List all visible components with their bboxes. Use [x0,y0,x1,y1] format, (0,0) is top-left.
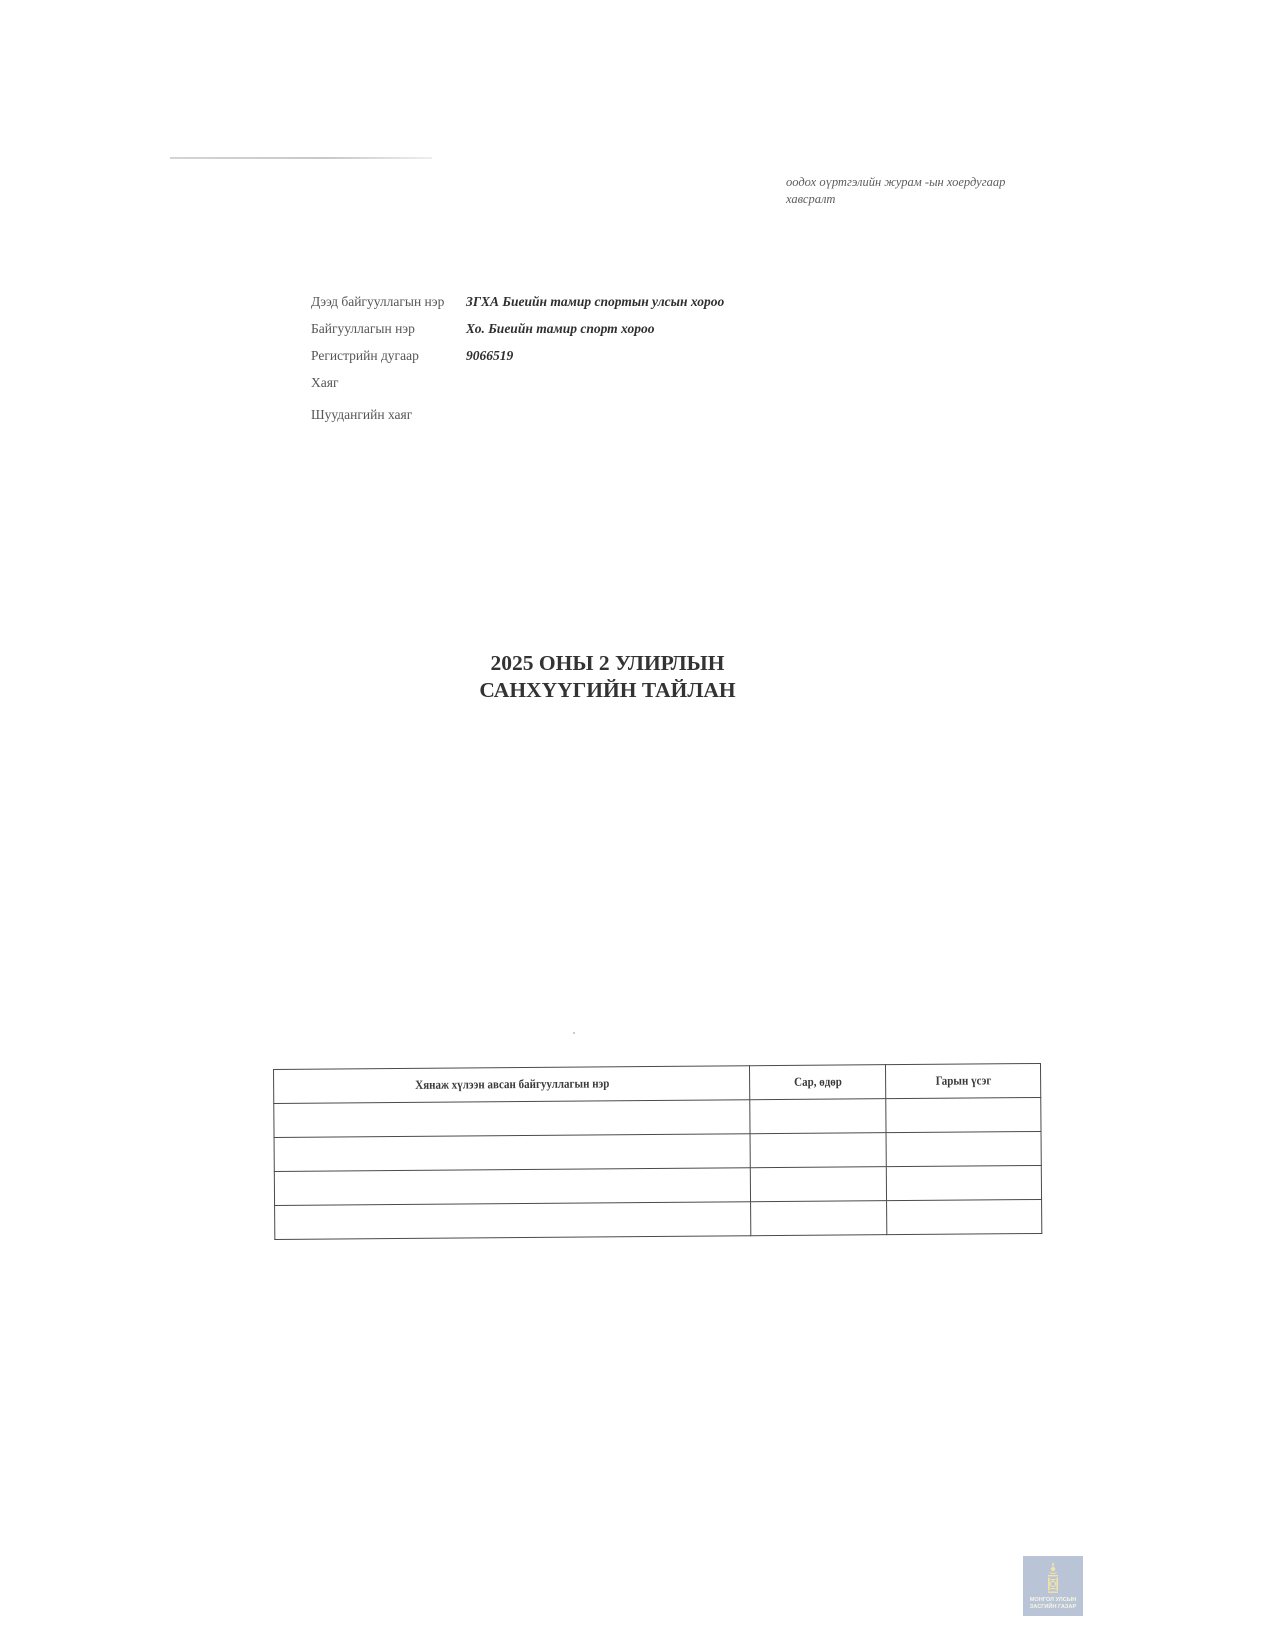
header-signature: Гарын үсэг [895,1064,1032,1099]
header-reviewing-organization: Хянаж хүлээн авсан байгууллагын нэр [302,1066,721,1103]
cell-date [750,1099,886,1134]
info-value: ЗГХА Биеийн тамир спортын улсын хороо [466,294,724,310]
appendix-note: оодох оүртгэлийн журам -ын хоердугаар ха… [786,174,1046,208]
table-header-row: Хянаж хүлээн авсан байгууллагын нэр Сар,… [274,1063,1041,1103]
cell-organization [274,1168,751,1206]
appendix-note-line-1: оодох оүртгэлийн журам -ын хоердугаар [786,174,1046,191]
info-label: Хаяг [311,375,339,391]
review-signature-table: Хянаж хүлээн авсан байгууллагын нэр Сар,… [273,1063,1042,1240]
cell-organization [274,1134,751,1172]
report-title-line-2: САНХҮҮГИЙН ТАЙЛАН [0,677,1245,704]
info-value: 9066519 [466,348,513,364]
logo-text: МОНГОЛ УЛСЫН ЗАСГИЙН ГАЗАР [1023,1597,1083,1611]
info-value: Хо. Биеийн тамир спорт хороо [466,321,654,337]
soyombo-emblem-icon [1047,1562,1059,1594]
logo-text-line-1: МОНГОЛ УЛСЫН [1023,1597,1083,1604]
cell-date [751,1201,887,1236]
cell-organization [274,1100,751,1138]
info-label: Регистрийн дугаар [311,348,419,364]
cell-signature [887,1199,1042,1234]
appendix-note-line-2: хавсралт [786,191,1046,208]
cell-signature [886,1131,1041,1166]
cell-signature [886,1097,1041,1132]
scan-speck [573,1032,575,1034]
cell-date [751,1167,887,1202]
cell-organization [275,1202,752,1240]
report-title: 2025 ОНЫ 2 УЛИРЛЫН САНХҮҮГИЙН ТАЙЛАН [0,650,1275,704]
header-date: Сар, өдөр [758,1065,878,1100]
government-logo: МОНГОЛ УЛСЫН ЗАСГИЙН ГАЗАР [1023,1556,1083,1616]
logo-text-line-2: ЗАСГИЙН ГАЗАР [1023,1604,1083,1611]
cell-date [750,1133,886,1168]
info-label: Шуудангийн хаяг [311,407,412,423]
cell-signature [886,1165,1041,1200]
top-divider-line [170,157,432,159]
info-label: Дээд байгууллагын нэр [311,294,444,310]
info-label: Байгууллагын нэр [311,321,415,337]
table-row [275,1199,1042,1239]
report-title-line-1: 2025 ОНЫ 2 УЛИРЛЫН [0,650,1245,677]
